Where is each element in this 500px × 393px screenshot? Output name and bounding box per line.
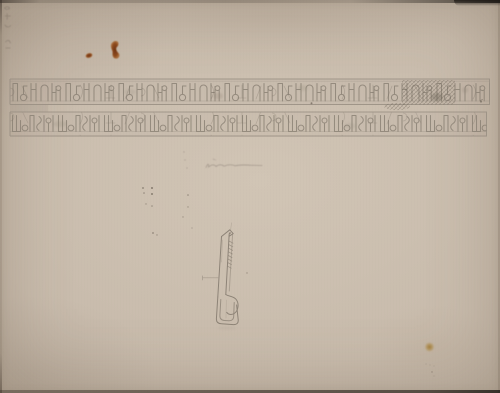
brown-stain-large — [111, 41, 120, 59]
yellow-stain — [424, 342, 434, 352]
foxing-specks — [142, 187, 434, 377]
scanned-drawing-sheet — [0, 0, 500, 393]
handwritten-note — [183, 151, 262, 168]
inscription-frieze-upper — [10, 79, 490, 105]
note-side-specks — [183, 151, 187, 168]
frieze-upper-crosshatched-section — [402, 80, 455, 105]
corner-stamp-marks — [5, 7, 11, 48]
pencil-drawing-layer — [0, 0, 500, 393]
fragment-profile-sketch — [203, 223, 239, 330]
brown-stain-small — [85, 52, 93, 58]
inscription-frieze-lower — [10, 112, 487, 137]
